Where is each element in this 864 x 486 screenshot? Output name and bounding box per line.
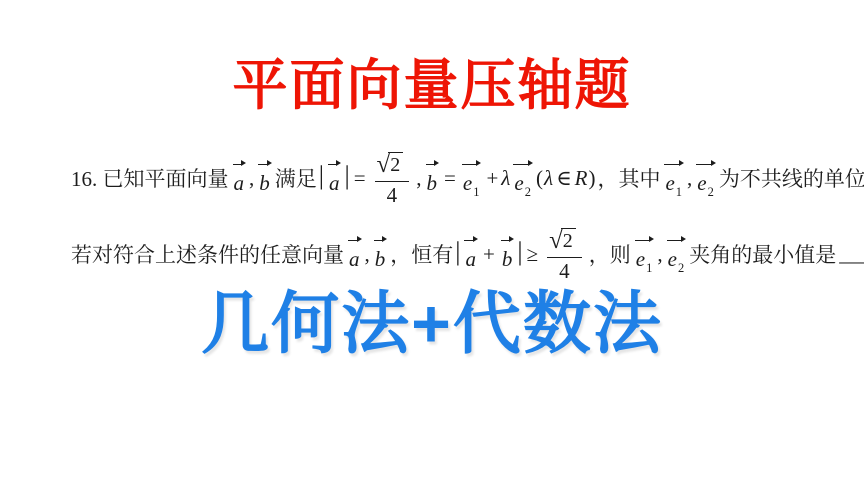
line2-always: ，恒有: [390, 239, 453, 269]
fraction-sqrt2-over-4: √2 4: [547, 226, 582, 281]
vector-arrow-icon: [635, 240, 650, 241]
vector-e2: e2: [511, 161, 534, 196]
vector-a: a: [462, 237, 479, 272]
vector-e1: e1: [662, 161, 685, 196]
fraction-numerator: √2: [547, 226, 582, 257]
fraction-denominator: 4: [387, 182, 398, 206]
vector-arrow-icon: [258, 164, 267, 165]
abs-bar: |: [319, 161, 324, 191]
line2-then: ，则: [589, 239, 631, 269]
vector-e1: e1: [460, 161, 483, 196]
lambda: λ: [544, 166, 553, 191]
subscript: 2: [678, 261, 684, 275]
vector-arrow-icon: [426, 164, 435, 165]
greater-equal-sign: ≥: [527, 242, 539, 267]
comma: ,: [687, 166, 692, 191]
vector-b: b: [256, 161, 273, 196]
vector-a: a: [326, 161, 343, 196]
comma: ,: [657, 242, 662, 267]
vector-arrow-icon: [501, 240, 510, 241]
vector-arrow-icon: [464, 240, 473, 241]
vector-arrow-icon: [328, 164, 337, 165]
vector-b: b: [372, 237, 389, 272]
page-title: 平面向量压轴题: [0, 52, 864, 118]
paren-close: ): [588, 166, 595, 191]
fraction-numerator: √2: [375, 150, 410, 181]
line1-satisfy: 满足: [275, 163, 317, 193]
comma: ,: [416, 166, 421, 191]
comma: ,: [365, 242, 370, 267]
line1-tail: 为不共线的单位向量，: [719, 163, 864, 193]
line2-question: 夹角的最小值是: [689, 239, 836, 269]
vector-a: a: [231, 161, 248, 196]
problem-line-1: 16. 已知平面向量 a , b 满足 | a | = √2 4 , b = e…: [70, 140, 845, 216]
abs-bar: |: [517, 237, 522, 267]
vector-e1: e1: [633, 237, 656, 272]
set-R: R: [575, 166, 588, 191]
problem-line-2: 若对符合上述条件的任意向量 a , b ，恒有 | a + b | ≥ √2 4…: [70, 216, 845, 292]
subscript: 1: [676, 185, 682, 199]
abs-bar: |: [455, 237, 460, 267]
vector-arrow-icon: [348, 240, 357, 241]
problem-text: 16. 已知平面向量 a , b 满足 | a | = √2 4 , b = e…: [70, 140, 845, 292]
radicand: 2: [388, 152, 403, 176]
equals-sign: =: [354, 166, 366, 191]
vector-e2: e2: [665, 237, 688, 272]
subscript: 1: [473, 185, 479, 199]
fraction-denominator: 4: [559, 258, 570, 282]
subscript: 2: [525, 185, 531, 199]
method-banner: 几何法+代数法: [0, 284, 864, 366]
vector-arrow-icon: [667, 240, 682, 241]
paren-open: (: [536, 166, 543, 191]
vector-b: b: [424, 161, 441, 196]
abs-bar: |: [344, 161, 349, 191]
vector-arrow-icon: [513, 164, 528, 165]
line1-among: ，其中: [597, 163, 660, 193]
vector-arrow-icon: [233, 164, 242, 165]
comma: ,: [249, 166, 254, 191]
answer-blank: ________: [839, 242, 864, 267]
line2-intro: 若对符合上述条件的任意向量: [71, 239, 344, 269]
subscript: 1: [646, 261, 652, 275]
vector-b: b: [499, 237, 516, 272]
fraction-sqrt2-over-4: √2 4: [375, 150, 410, 205]
line1-intro: 16. 已知平面向量: [71, 163, 229, 193]
vector-arrow-icon: [374, 240, 383, 241]
plus-sign: +: [486, 166, 498, 191]
plus-sign: +: [483, 242, 495, 267]
subscript: 2: [708, 185, 714, 199]
slide: 平面向量压轴题 16. 已知平面向量 a , b 满足 | a | = √2 4…: [0, 0, 864, 486]
lambda: λ: [501, 166, 510, 191]
vector-arrow-icon: [664, 164, 679, 165]
vector-a: a: [346, 237, 363, 272]
vector-e2: e2: [694, 161, 717, 196]
element-of-sign: ∈: [556, 166, 572, 191]
vector-arrow-icon: [462, 164, 477, 165]
equals-sign: =: [444, 166, 456, 191]
vector-arrow-icon: [696, 164, 711, 165]
radicand: 2: [561, 228, 576, 252]
